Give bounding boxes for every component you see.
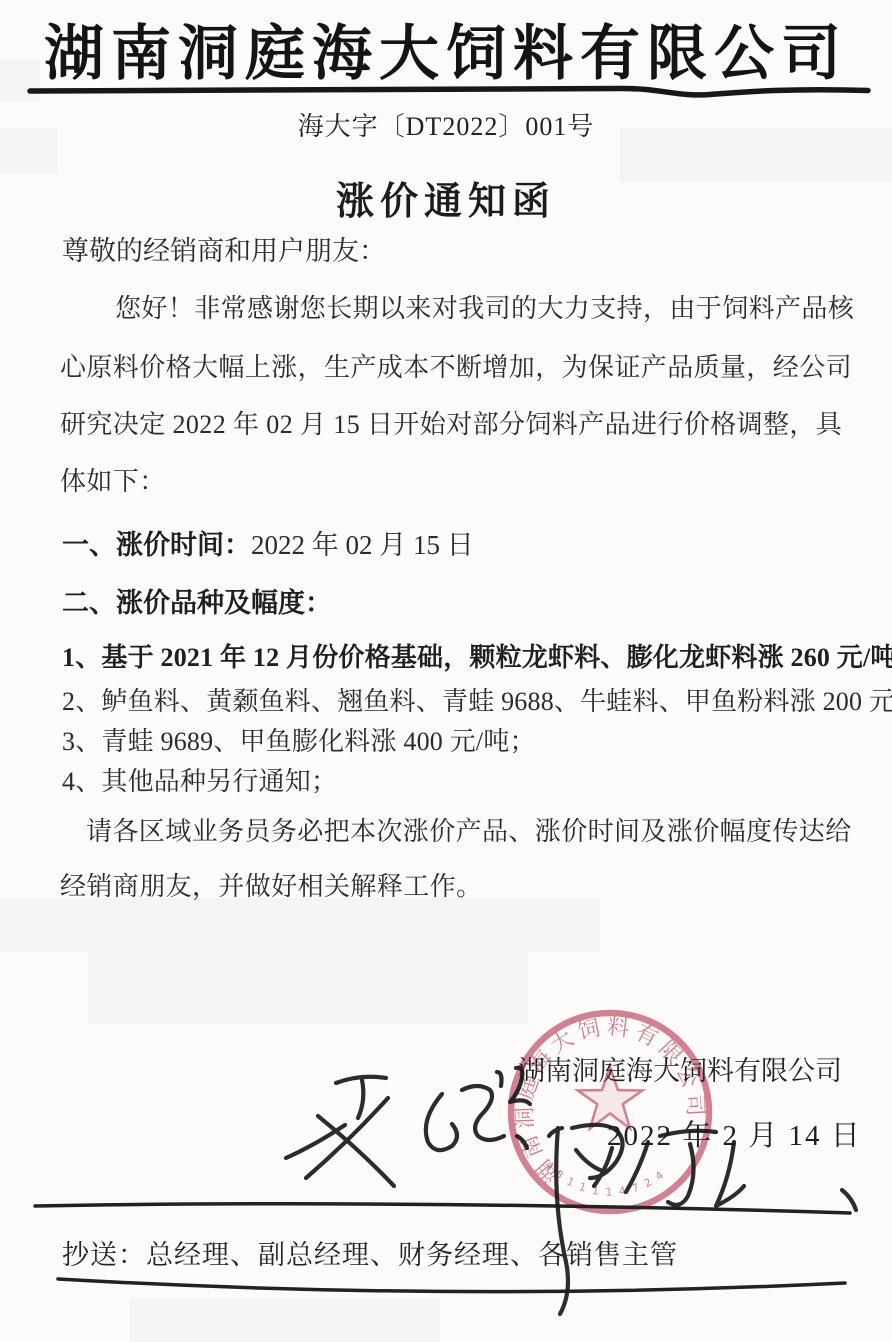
- scan-artifact: [0, 898, 600, 952]
- section-1-label: 一、涨价时间：: [62, 530, 251, 560]
- list-item-2: 2、鲈鱼料、黄颡鱼料、翘鱼料、青蛙 9688、牛蛙料、甲鱼粉料涨 200 元/吨…: [62, 681, 892, 718]
- closing-line: 经销商朋友，并做好相关解释工作。: [60, 866, 482, 903]
- closing-line: 请各区域业务员务必把本次涨价产品、涨价时间及涨价幅度传达给: [86, 811, 852, 848]
- svg-text:4311114724: 4311114724: [542, 1158, 671, 1198]
- scan-artifact: [88, 952, 528, 1024]
- company-letterhead: 湖南洞庭海大饲料有限公司: [0, 6, 892, 92]
- document-page: 湖南洞庭海大饲料有限公司 海大字〔DT2022〕001号 涨价通知函 尊敬的经销…: [0, 0, 892, 1342]
- cc-line: 抄送：总经理、副总经理、财务经理、各销售主管: [62, 1233, 678, 1272]
- section-1-value: 2022 年 02 月 15 日: [251, 530, 474, 560]
- document-number: 海大字〔DT2022〕001号: [0, 106, 892, 143]
- section-2-label: 二、涨价品种及幅度：: [62, 588, 332, 618]
- scan-artifact: [130, 1298, 440, 1342]
- section-heading-1: 一、涨价时间：2022 年 02 月 15 日: [62, 523, 474, 562]
- signature-company-name: 湖南洞庭海大饲料有限公司: [518, 1049, 842, 1088]
- signature-date: 2022 年 2 月 14 日: [607, 1113, 862, 1154]
- intro-line: 研究决定 2022 年 02 月 15 日开始对部分饲料产品进行价格调整，具: [60, 404, 842, 441]
- intro-line: 您好！非常感谢您长期以来对我司的大力支持，由于饲料产品核: [115, 288, 854, 325]
- section-heading-2: 二、涨价品种及幅度：: [62, 581, 332, 620]
- list-item-4: 4、其他品种另行通知；: [62, 761, 337, 798]
- document-title: 涨价通知函: [0, 170, 892, 225]
- intro-line: 心原料价格大幅上涨，生产成本不断增加，为保证产品质量，经公司: [60, 347, 852, 384]
- list-item-1: 1、基于 2021 年 12 月份价格基础，颗粒龙虾料、膨化龙虾料涨 260 元…: [62, 637, 892, 674]
- salutation: 尊敬的经销商和用户朋友：: [62, 229, 386, 268]
- seal-serial-number: 4311114724: [542, 1158, 671, 1198]
- footer-rule-bottom: [58, 1279, 845, 1292]
- list-item-3: 3、青蛙 9689、甲鱼膨化料涨 400 元/吨；: [62, 721, 536, 758]
- company-seal-stamp: 湖南洞庭海大饲料有限公司 4311114724: [490, 992, 730, 1232]
- intro-line: 体如下：: [60, 461, 166, 498]
